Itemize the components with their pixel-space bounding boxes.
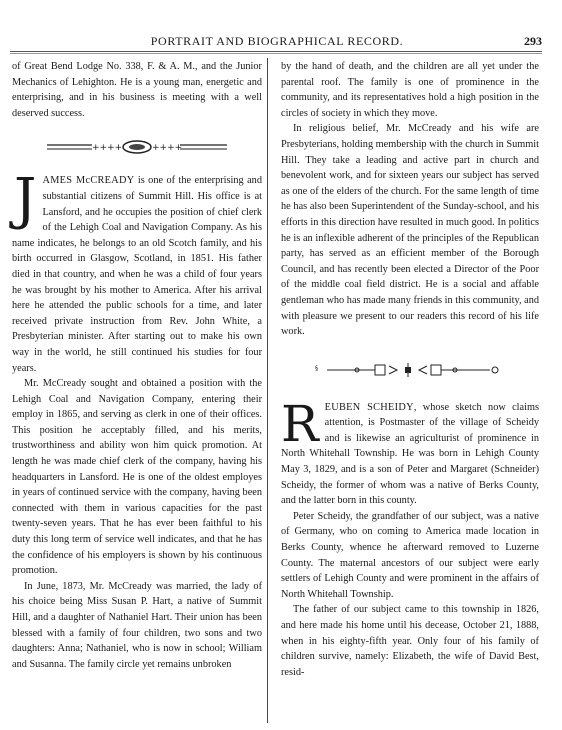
right-column: by the hand of death, and the children a… (281, 59, 539, 680)
paragraph: Mr. McCready sought and obtained a posit… (12, 376, 262, 579)
left-column: of Great Bend Lodge No. 338, F. & A. M.,… (12, 59, 262, 672)
header-rule-secondary (10, 53, 542, 54)
paragraph: is one of the enterprising and substanti… (12, 175, 262, 373)
paragraph: In June, 1873, Mr. McCready was married,… (12, 579, 262, 673)
biography-mccready: JAMES McCREADY is one of the enterprisin… (12, 173, 262, 376)
subject-name: EUBEN SCHEIDY (325, 402, 414, 413)
page-header: PORTRAIT AND BIOGRAPHICAL RECORD. 293 (12, 34, 542, 50)
column-divider (267, 58, 268, 723)
subject-name: AMES McCREADY (42, 175, 134, 186)
running-title: PORTRAIT AND BIOGRAPHICAL RECORD. (12, 34, 542, 49)
page-number: 293 (524, 34, 542, 49)
biography-scheidy: REUBEN SCHEIDY, whose sketch now claims … (281, 400, 539, 509)
drop-cap: J (14, 175, 36, 225)
paragraph: by the hand of death, and the children a… (281, 59, 539, 121)
svg-text:§: § (315, 365, 318, 372)
ornament-divider-icon: § (281, 340, 539, 400)
header-rule (10, 51, 542, 52)
svg-text:++++: ++++ (152, 143, 182, 153)
paragraph: Peter Scheidy, the grandfather of our su… (281, 509, 539, 603)
paragraph: of Great Bend Lodge No. 338, F. & A. M.,… (12, 59, 262, 121)
svg-text:++++: ++++ (92, 143, 122, 153)
paragraph: The father of our subject came to this t… (281, 602, 539, 680)
ornament-divider-icon: ++++ ++++ (12, 121, 262, 173)
drop-cap: R (281, 402, 319, 446)
paragraph: In religious belief, Mr. McCready and hi… (281, 121, 539, 339)
paragraph: , whose sketch now claims attention, is … (281, 402, 539, 507)
